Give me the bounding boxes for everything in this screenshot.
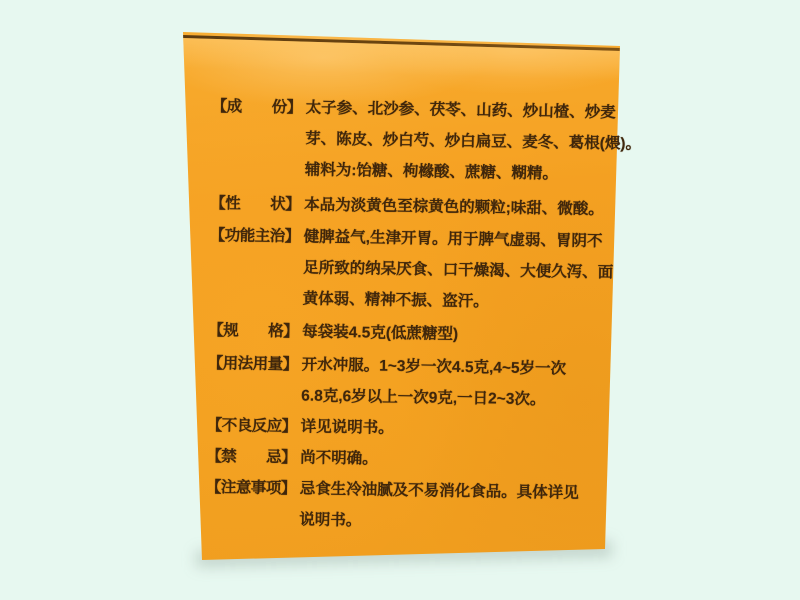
photo-background: 【成 份】 太子参、北沙参、茯苓、山药、炒山楂、炒麦 芽、陈皮、炒白芍、炒白扁豆…: [0, 0, 800, 600]
section-line: 芽、陈皮、炒白芍、炒白扁豆、麦冬、葛根(煨)。: [305, 123, 613, 159]
label-section-ingredients: 【成 份】 太子参、北沙参、茯苓、山药、炒山楂、炒麦 芽、陈皮、炒白芍、炒白扁豆…: [211, 91, 614, 190]
section-content: 健脾益气,生津开胃。用于脾气虚弱、胃阴不 足所致的纳呆厌食、口干燥渴、大便久泻、…: [303, 221, 612, 319]
section-line: 黄体弱、精神不振、盗汗。: [303, 283, 611, 319]
section-line: 辅料为:饴糖、枸橼酸、蔗糖、糊精。: [305, 154, 613, 190]
section-content: 开水冲服。1~3岁一次4.5克,4~5岁一次 6.8克,6岁以上一次9克,一日2…: [301, 349, 610, 416]
section-line: 说明书。: [299, 504, 607, 540]
section-label: 【注意事项】: [206, 472, 300, 504]
section-line: 每袋装4.5克(低蔗糖型): [302, 316, 610, 352]
section-content: 太子参、北沙参、茯苓、山药、炒山楂、炒麦 芽、陈皮、炒白芍、炒白扁豆、麦冬、葛根…: [305, 92, 614, 190]
section-line: 太子参、北沙参、茯苓、山药、炒山楂、炒麦: [306, 92, 614, 128]
label-section-description: 【性 状】 本品为淡黄色至棕黄色的颗粒;味甜、微酸。: [210, 188, 612, 225]
section-content: 忌食生冷油腻及不易消化食品。具体详见 说明书。: [299, 473, 608, 540]
label-text-panel: 【成 份】 太子参、北沙参、茯苓、山药、炒山楂、炒麦 芽、陈皮、炒白芍、炒白扁豆…: [205, 91, 614, 540]
section-label: 【成 份】: [212, 91, 306, 123]
label-section-functions: 【功能主治】 健脾益气,生津开胃。用于脾气虚弱、胃阴不 足所致的纳呆厌食、口干燥…: [209, 220, 612, 319]
section-line: 详见说明书。: [300, 411, 608, 447]
label-section-dosage: 【用法用量】 开水冲服。1~3岁一次4.5克,4~5岁一次 6.8克,6岁以上一…: [207, 348, 610, 416]
section-line: 尚不明确。: [300, 442, 608, 478]
section-content: 尚不明确。: [300, 442, 608, 478]
section-line: 6.8克,6岁以上一次9克,一日2~3次。: [301, 380, 609, 416]
section-line: 忌食生冷油腻及不易消化食品。具体详见: [300, 473, 608, 509]
section-line: 开水冲服。1~3岁一次4.5克,4~5岁一次: [301, 349, 609, 385]
section-label: 【不良反应】: [207, 410, 301, 442]
section-line: 健脾益气,生津开胃。用于脾气虚弱、胃阴不: [303, 221, 611, 257]
section-label: 【功能主治】: [209, 220, 303, 252]
section-line: 足所致的纳呆厌食、口干燥渴、大便久泻、面: [303, 252, 611, 288]
section-label: 【性 状】: [210, 188, 304, 220]
label-section-precautions: 【注意事项】 忌食生冷油腻及不易消化食品。具体详见 说明书。: [205, 472, 608, 540]
section-content: 详见说明书。: [300, 411, 608, 447]
box-glare-highlight: [182, 38, 620, 81]
section-content: 每袋装4.5克(低蔗糖型): [302, 316, 610, 352]
section-label: 【禁 忌】: [206, 441, 300, 473]
section-line: 本品为淡黄色至棕黄色的颗粒;味甜、微酸。: [304, 189, 612, 225]
section-label: 【用法用量】: [207, 348, 301, 380]
section-label: 【规 格】: [208, 315, 302, 347]
section-content: 本品为淡黄色至棕黄色的颗粒;味甜、微酸。: [304, 189, 612, 225]
label-section-specification: 【规 格】 每袋装4.5克(低蔗糖型): [208, 315, 610, 352]
